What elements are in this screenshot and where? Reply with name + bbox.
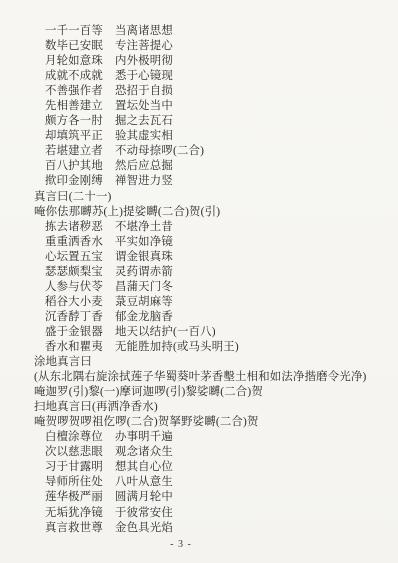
- verse-left-hemistich: 若堪建立者: [45, 144, 115, 159]
- verse-left-hemistich: 沉香馞丁香: [45, 310, 115, 325]
- verse-right-hemistich: 灵药谓赤箭: [115, 266, 173, 278]
- verse-line: 百八护其地然后应总掘: [34, 159, 384, 174]
- verse-left-hemistich: 习于甘露明: [45, 460, 115, 475]
- verse-left-hemistich: 香水和瞿夷: [45, 340, 115, 355]
- verse-left-hemistich: 揿印金刚缚: [45, 174, 115, 189]
- verse-line: 无垢犹净镜于彼常安住: [34, 506, 384, 521]
- verse-line: 一千一百等当离诸思想: [34, 24, 384, 39]
- verse-right-hemistich: 圆满月轮中: [115, 491, 173, 503]
- verse-right-hemistich: 不堪净土昔: [115, 221, 173, 233]
- verse-right-hemistich: 八叶从意生: [115, 476, 173, 488]
- verse-line: 若堪建立者不动母捺啰(二合): [34, 144, 384, 159]
- verse-left-hemistich: 瑟瑟颇梨宝: [45, 265, 115, 280]
- prose-line: 唵你佉那嚩苏(上)提娑嚩(二合)贺(引): [34, 205, 384, 220]
- verse-right-hemistich: 地天以结护(一百八): [115, 326, 216, 338]
- verse-left-hemistich: 不善强作者: [45, 84, 115, 99]
- verse-line: 沉香馞丁香郁金龙脑香: [34, 310, 384, 325]
- verse-left-hemistich: 拣去诸秽恶: [45, 220, 115, 235]
- verse-line: 拣去诸秽恶不堪净土昔: [34, 220, 384, 235]
- verse-line: 心坛置五宝谓金银真珠: [34, 250, 384, 265]
- verse-left-hemistich: 重重洒香水: [45, 235, 115, 250]
- verse-line: 瑟瑟颇梨宝灵药谓赤箭: [34, 265, 384, 280]
- verse-line: 颇方各一肘掘之去瓦石: [34, 114, 384, 129]
- verse-line: 导师所住处八叶从意生: [34, 475, 384, 490]
- verse-right-hemistich: 观念诸众生: [115, 446, 173, 458]
- verse-left-hemistich: 人参与伏苓: [45, 280, 115, 295]
- verse-line: 却填筑平正验其虚实相: [34, 129, 384, 144]
- verse-line: 人参与伏苓昌蒲天门冬: [34, 280, 384, 295]
- verse-right-hemistich: 谓金银真珠: [115, 251, 173, 263]
- verse-left-hemistich: 真言救世尊: [45, 521, 115, 536]
- verse-left-hemistich: 一千一百等: [45, 24, 115, 39]
- prose-line: 唵贺啰贺啰祖仡啰(二合)贺拏野娑嚩(二合)贺: [34, 415, 384, 430]
- verse-right-hemistich: 不动母捺啰(二合): [115, 145, 204, 157]
- verse-right-hemistich: 恐招于自损: [115, 85, 173, 97]
- verse-right-hemistich: 然后应总掘: [115, 160, 173, 172]
- verse-line: 白檀涂尊位办事明千遍: [34, 430, 384, 445]
- verse-left-hemistich: 月轮如意珠: [45, 54, 115, 69]
- verse-line: 真言救世尊金色具光焰: [34, 521, 384, 536]
- verse-right-hemistich: 掘之去瓦石: [115, 115, 173, 127]
- prose-line: 涂地真言曰: [34, 355, 384, 370]
- verse-left-hemistich: 数毕已安眠: [45, 39, 115, 54]
- verse-right-hemistich: 金色具光焰: [115, 522, 173, 534]
- verse-right-hemistich: 内外极明彻: [115, 55, 173, 67]
- verse-left-hemistich: 先相善建立: [45, 99, 115, 114]
- verse-right-hemistich: 置坛处当中: [115, 100, 173, 112]
- verse-line: 香水和瞿夷无能胜加持(或马头明王): [34, 340, 384, 355]
- verse-right-hemistich: 办事明千遍: [115, 431, 173, 443]
- verse-left-hemistich: 盛于金银器: [45, 325, 115, 340]
- verse-right-hemistich: 于彼常安住: [115, 507, 173, 519]
- verse-line: 习于甘露明想其自心位: [34, 460, 384, 475]
- verse-line: 先相善建立置坛处当中: [34, 99, 384, 114]
- document-page: 一千一百等当离诸思想数毕已安眠专注菩提心月轮如意珠内外极明彻成就不成就悉于心镜现…: [0, 0, 398, 563]
- verse-line: 不善强作者恐招于自损: [34, 84, 384, 99]
- verse-right-hemistich: 郁金龙脑香: [115, 311, 173, 323]
- verse-line: 成就不成就悉于心镜现: [34, 69, 384, 84]
- prose-line: 真言曰(二十一): [34, 190, 384, 205]
- verse-left-hemistich: 次以慈悲眼: [45, 445, 115, 460]
- verse-right-hemistich: 昌蒲天门冬: [115, 281, 173, 293]
- verse-line: 盛于金银器地天以结护(一百八): [34, 325, 384, 340]
- verse-line: 数毕已安眠专注菩提心: [34, 39, 384, 54]
- page-number: - 3 -: [0, 539, 380, 550]
- verse-right-hemistich: 验其虚实相: [115, 130, 173, 142]
- prose-line: (从东北隅右旋涂拭莲子华蜀葵叶茅香墼土相和如法净揩磨令光净): [34, 370, 384, 385]
- verse-right-hemistich: 平实如净镜: [115, 236, 173, 248]
- verse-line: 揿印金刚缚禅智进力竖: [34, 174, 384, 189]
- verse-left-hemistich: 心坛置五宝: [45, 250, 115, 265]
- verse-right-hemistich: 菉豆胡麻等: [115, 296, 173, 308]
- verse-line: 月轮如意珠内外极明彻: [34, 54, 384, 69]
- verse-line: 稻谷大小麦菉豆胡麻等: [34, 295, 384, 310]
- verse-left-hemistich: 百八护其地: [45, 159, 115, 174]
- verse-right-hemistich: 悉于心镜现: [115, 70, 173, 82]
- verse-line: 重重洒香水平实如净镜: [34, 235, 384, 250]
- prose-line: 扫地真言曰(再洒净香水): [34, 400, 384, 415]
- verse-left-hemistich: 稻谷大小麦: [45, 295, 115, 310]
- verse-left-hemistich: 却填筑平正: [45, 129, 115, 144]
- verse-right-hemistich: 想其自心位: [115, 461, 173, 473]
- verse-right-hemistich: 禅智进力竖: [115, 175, 173, 187]
- verse-left-hemistich: 白檀涂尊位: [45, 430, 115, 445]
- verse-right-hemistich: 专注菩提心: [115, 40, 173, 52]
- verse-line: 莲华极严丽圆满月轮中: [34, 490, 384, 505]
- verse-right-hemistich: 当离诸思想: [115, 25, 173, 37]
- verse-left-hemistich: 导师所住处: [45, 475, 115, 490]
- verse-line: 次以慈悲眼观念诸众生: [34, 445, 384, 460]
- verse-left-hemistich: 莲华极严丽: [45, 490, 115, 505]
- verse-left-hemistich: 成就不成就: [45, 69, 115, 84]
- verse-left-hemistich: 颇方各一肘: [45, 114, 115, 129]
- verse-right-hemistich: 无能胜加持(或马头明王): [115, 341, 239, 353]
- sutra-text-block: 一千一百等当离诸思想数毕已安眠专注菩提心月轮如意珠内外极明彻成就不成就悉于心镜现…: [34, 24, 384, 536]
- prose-line: 唵迦罗(引)黎(一)摩诃迦啰(引)黎娑嚩(二合)贺: [34, 385, 384, 400]
- verse-left-hemistich: 无垢犹净镜: [45, 506, 115, 521]
